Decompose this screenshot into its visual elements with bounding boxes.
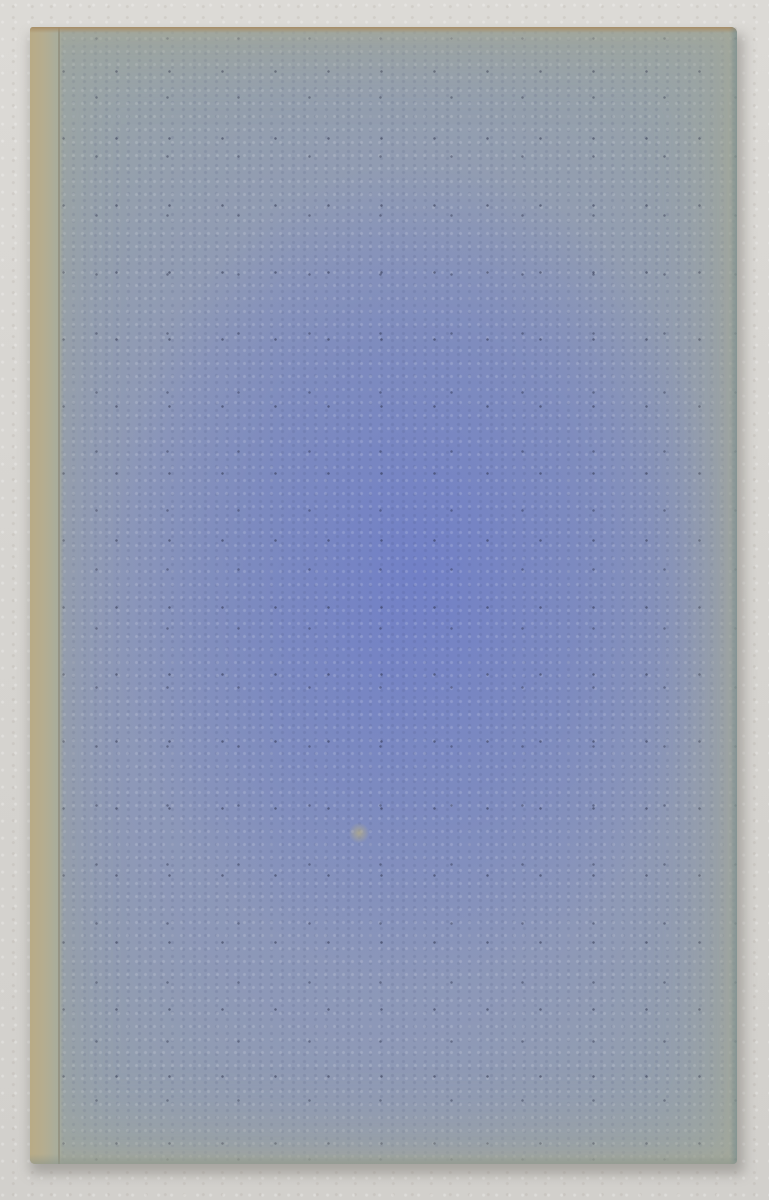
spine-fold-line xyxy=(58,27,60,1164)
foxing-stain xyxy=(348,823,370,843)
book-cover xyxy=(30,27,737,1164)
bottom-edge xyxy=(30,1154,737,1164)
photo-scene xyxy=(0,0,769,1200)
worn-top-edge xyxy=(30,27,737,33)
right-page-edge xyxy=(729,27,737,1164)
